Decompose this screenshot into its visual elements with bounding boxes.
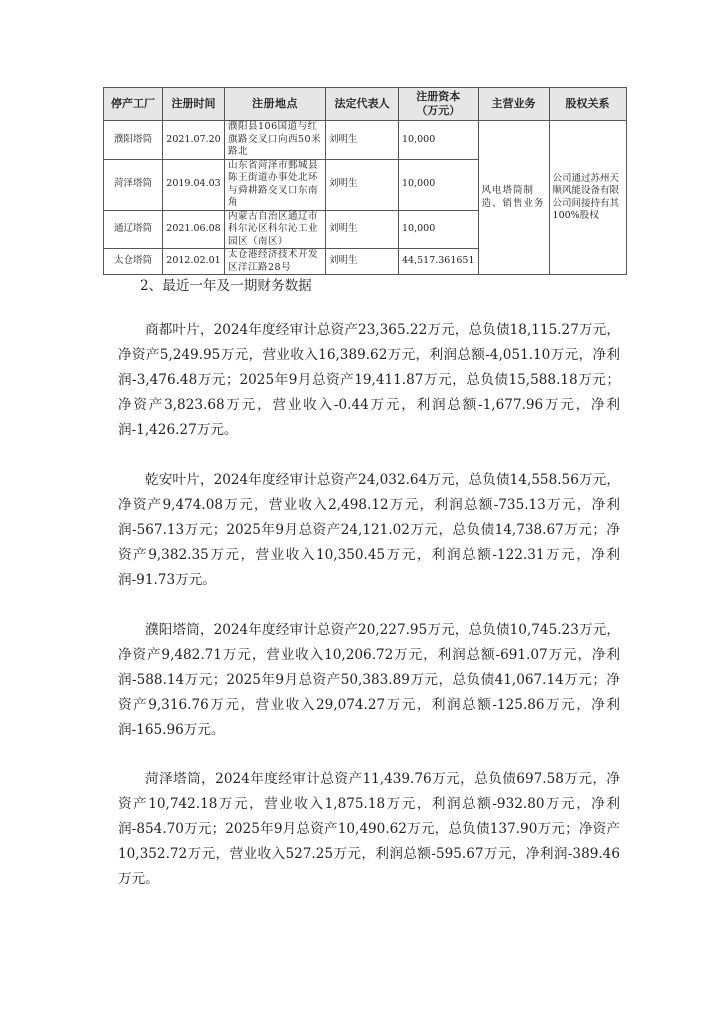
cell-equity-relation: 公司通过苏州天顺风能设备有限公司间接持有其100%股权 — [549, 121, 626, 275]
cell-date: 2021.06.08 — [163, 210, 225, 249]
cell-legal-rep: 刘明生 — [326, 249, 399, 275]
cell-date: 2019.04.03 — [163, 159, 225, 210]
header-legal-rep: 法定代表人 — [326, 88, 399, 121]
cell-address: 内蒙古自治区通辽市科尔沁区科尔沁工业园区（南区） — [225, 210, 326, 249]
header-capital-line1: 注册资本 — [402, 90, 475, 104]
header-date: 注册时间 — [163, 88, 225, 121]
cell-address: 太仓港经济技术开发区洋江路28号 — [225, 249, 326, 275]
header-capital: 注册资本（万元） — [399, 88, 479, 121]
cell-date: 2021.07.20 — [163, 121, 225, 160]
cell-factory: 太仓塔筒 — [104, 249, 163, 275]
header-business: 主营业务 — [478, 88, 549, 121]
cell-capital: 10,000 — [399, 159, 479, 210]
header-capital-line2: （万元） — [402, 104, 475, 118]
cell-legal-rep: 刘明生 — [326, 121, 399, 160]
cell-date: 2012.02.01 — [163, 249, 225, 275]
cell-capital: 10,000 — [399, 121, 479, 160]
paragraph-heze-tower: 菏泽塔筒，2024年度经审计总资产11,439.76万元，总负债697.58万元… — [118, 767, 620, 892]
cell-address: 濮阳县106国道与红旗路交叉口向西50米路北 — [225, 121, 326, 160]
section-heading: 2、最近一年及一期财务数据 — [140, 274, 312, 294]
header-equity: 股权关系 — [549, 88, 626, 121]
cell-factory: 通辽塔筒 — [104, 210, 163, 249]
paragraph-qianan-blade: 乾安叶片，2024年度经审计总资产24,032.64万元，总负债14,558.5… — [118, 468, 620, 593]
table-header-row: 停产工厂 注册时间 注册地点 法定代表人 注册资本（万元） 主营业务 股权关系 — [104, 88, 627, 121]
paragraph-shangdu-blade: 商都叶片，2024年度经审计总资产23,365.22万元，总负债18,115.2… — [118, 318, 620, 443]
cell-capital: 10,000 — [399, 210, 479, 249]
header-factory: 停产工厂 — [104, 88, 163, 121]
cell-factory: 菏泽塔筒 — [104, 159, 163, 210]
table-row: 濮阳塔筒 2021.07.20 濮阳县106国道与红旗路交叉口向西50米路北 刘… — [104, 121, 627, 160]
header-address: 注册地点 — [225, 88, 326, 121]
cell-address: 山东省菏泽市鄄城县陈王街道办事处北环与舜耕路交叉口东南角 — [225, 159, 326, 210]
cell-capital: 44,517.361651 — [399, 249, 479, 275]
cell-legal-rep: 刘明生 — [326, 159, 399, 210]
cell-factory: 濮阳塔筒 — [104, 121, 163, 160]
cell-legal-rep: 刘明生 — [326, 210, 399, 249]
factory-table: 停产工厂 注册时间 注册地点 法定代表人 注册资本（万元） 主营业务 股权关系 … — [103, 87, 627, 275]
paragraph-puyang-tower: 濮阳塔筒，2024年度经审计总资产20,227.95万元，总负债10,745.2… — [118, 618, 620, 743]
cell-main-business: 风电塔筒制造、销售业务 — [478, 121, 549, 275]
